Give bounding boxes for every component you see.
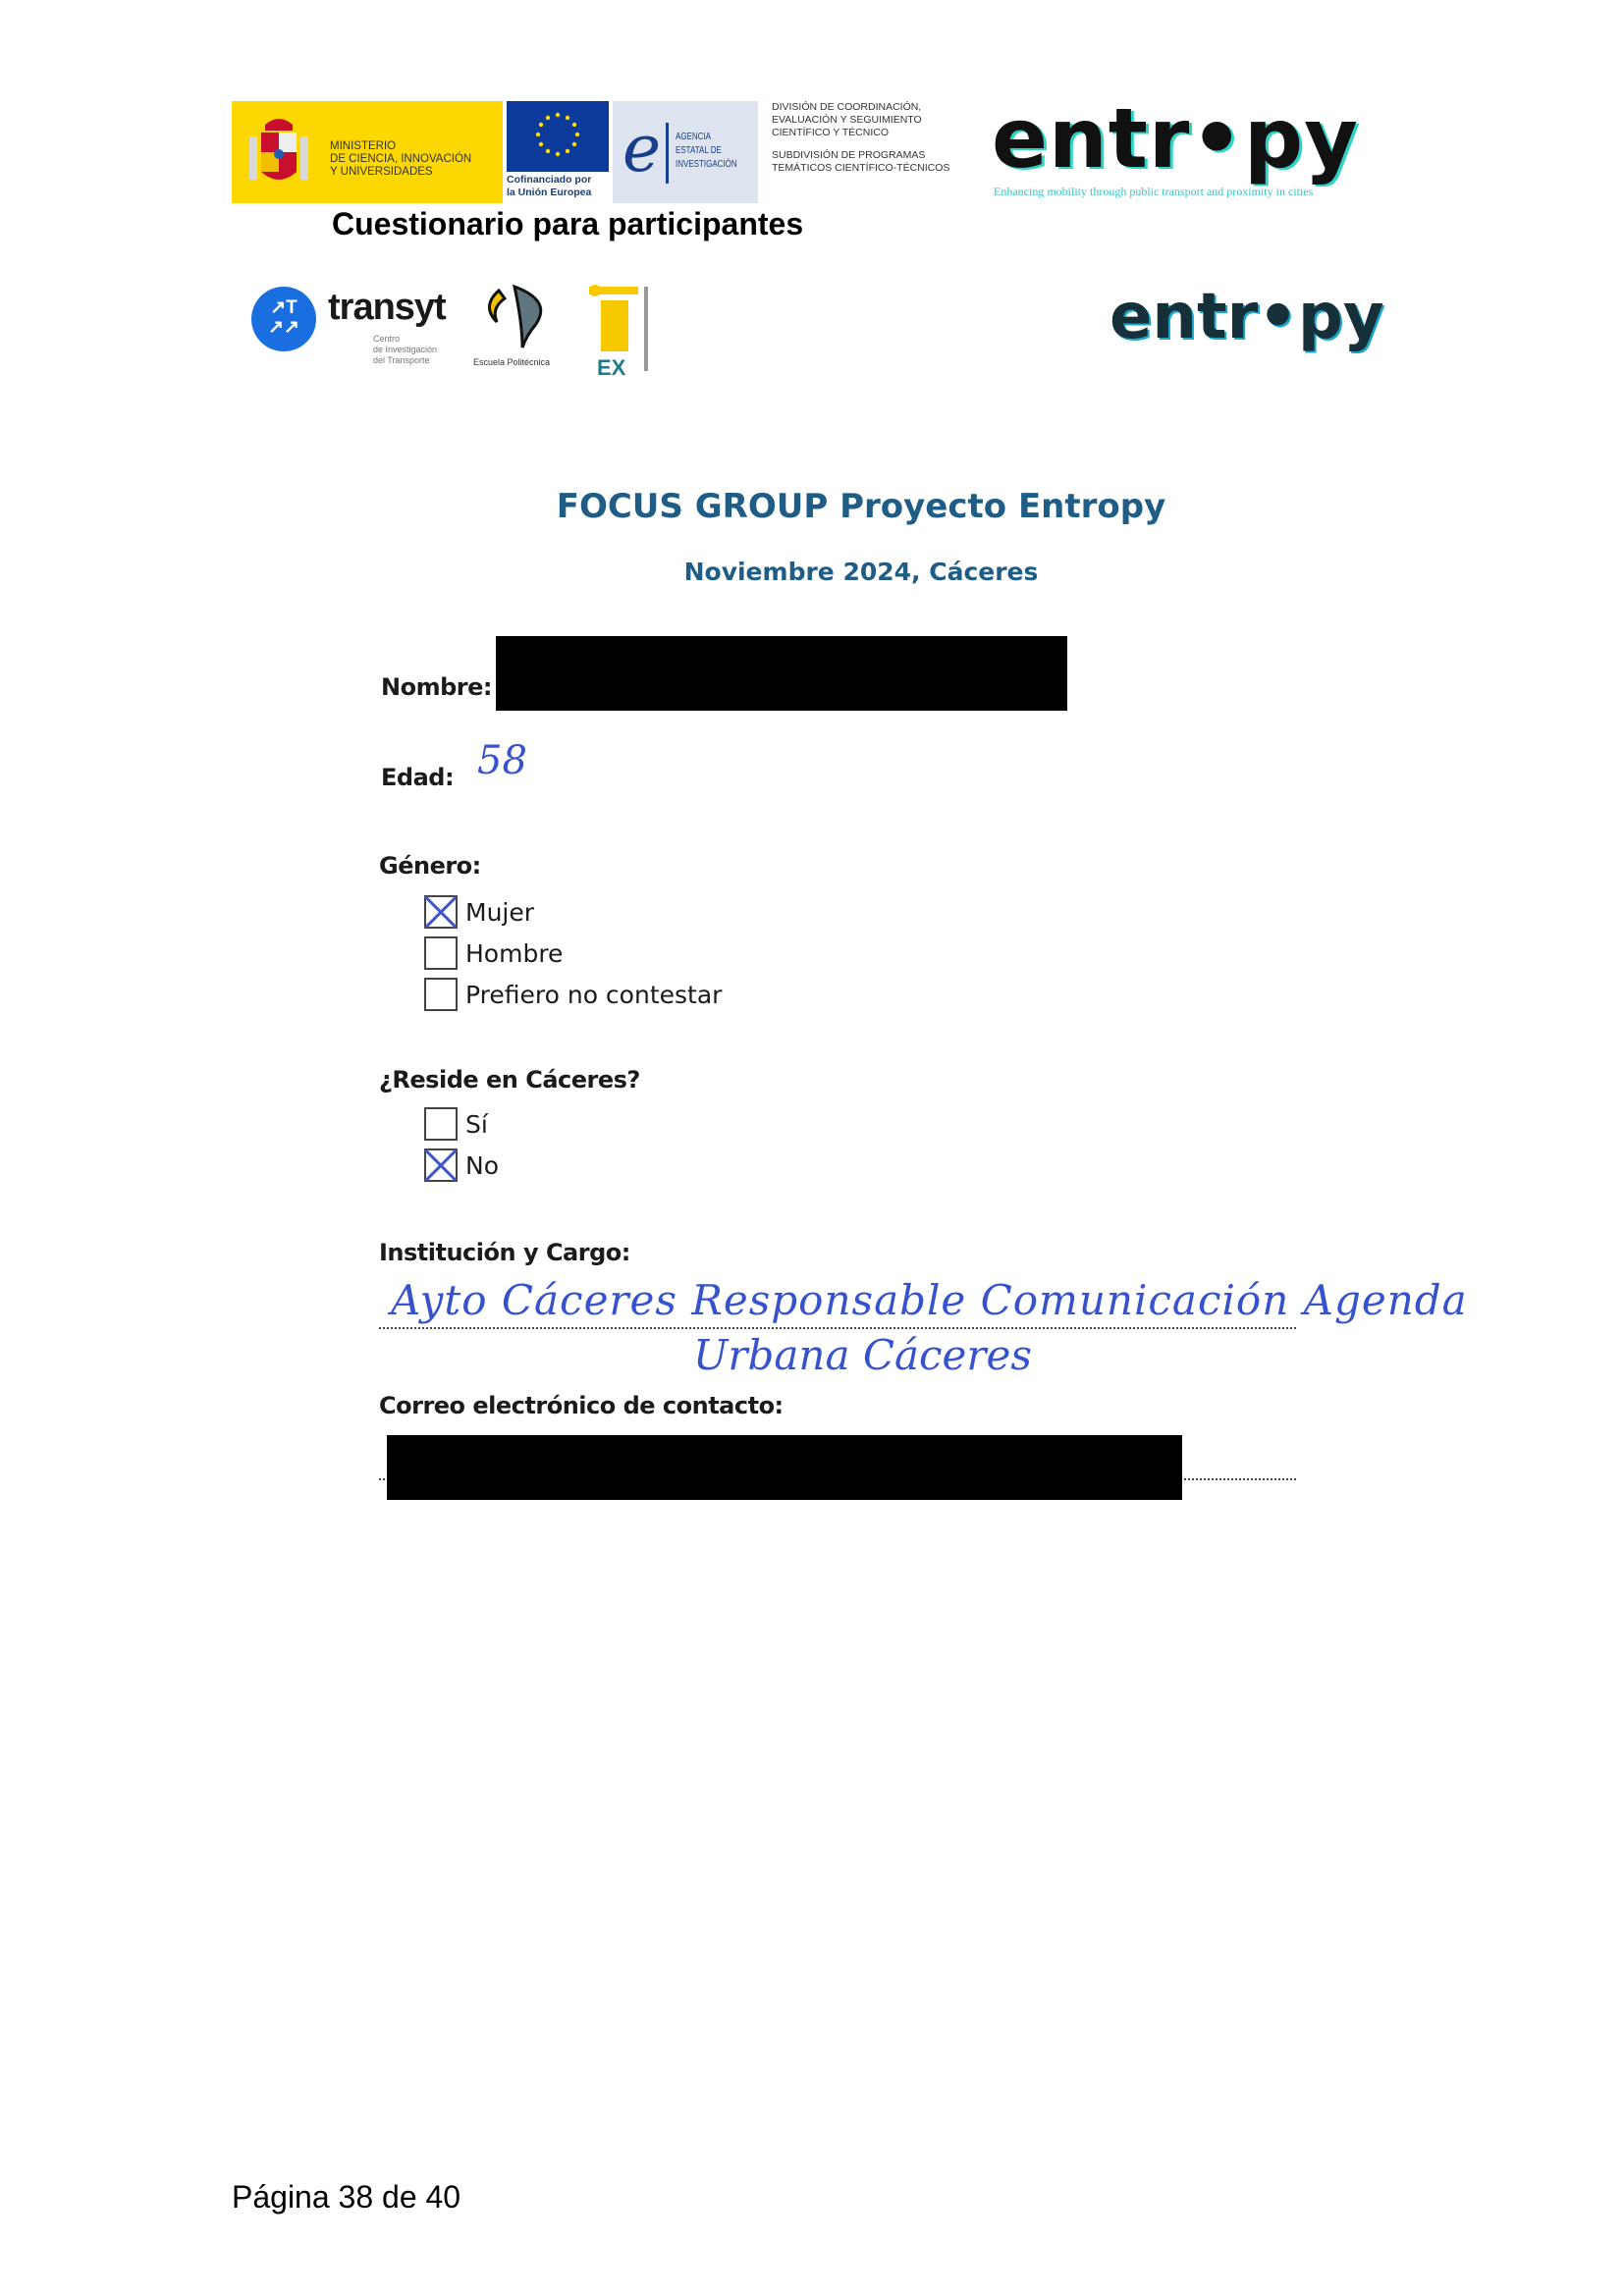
division-line: DIVISIÓN DE COORDINACIÓN,	[772, 101, 978, 114]
resides-option-si[interactable]: Sí	[424, 1103, 499, 1145]
aei-logo: e AGENCIA ESTATAL DE INVESTIGACIÓN	[613, 101, 758, 203]
email-field-redacted	[387, 1435, 1182, 1500]
entropy-wordmark: entr•py	[992, 90, 1359, 187]
eu-cofinanced-logo: Cofinanciado por la Unión Europea	[507, 101, 609, 203]
resides-label: ¿Reside en Cáceres?	[379, 1066, 640, 1094]
checkbox-checked[interactable]	[424, 895, 458, 929]
institution-value-line2[interactable]: Urbana Cáceres	[693, 1331, 1032, 1379]
division-line: EVALUACIÓN Y SEGUIMIENTO	[772, 114, 978, 127]
division-line: TEMÁTICOS CIENTÍFICO-TÉCNICOS	[772, 162, 978, 175]
division-text: DIVISIÓN DE COORDINACIÓN, EVALUACIÓN Y S…	[772, 101, 978, 175]
checkbox[interactable]	[424, 1107, 458, 1141]
document-heading: Cuestionario para participantes	[332, 206, 803, 242]
resides-option-no[interactable]: No	[424, 1145, 499, 1186]
aei-line: ESTATAL DE	[676, 144, 737, 158]
politecnica-label: Escuela Politécnica	[473, 357, 550, 367]
coat-of-arms-icon	[247, 115, 310, 189]
aei-line: AGENCIA	[676, 131, 737, 144]
gender-option-mujer[interactable]: Mujer	[424, 891, 722, 933]
politecnica-emblem-icon	[479, 285, 558, 353]
email-label: Correo electrónico de contacto:	[379, 1392, 784, 1419]
gender-options: Mujer Hombre Prefiero no contestar	[424, 891, 722, 1015]
entropy-wordmark: entr•py	[1110, 281, 1384, 353]
option-label: Hombre	[465, 939, 563, 968]
aei-e-icon: e	[623, 115, 661, 184]
escuela-politecnica-logo: Escuela Politécnica	[473, 285, 571, 373]
institution-label: Institución y Cargo:	[379, 1239, 630, 1266]
gender-option-hombre[interactable]: Hombre	[424, 933, 722, 974]
transyt-sub-line: del Transporte	[373, 355, 437, 366]
transyt-name: transyt	[328, 287, 446, 329]
transyt-logo: ↗T↗↗ transyt Centro de Investigación del…	[251, 285, 458, 373]
eu-flag-icon	[507, 101, 609, 172]
name-label: Nombre:	[381, 673, 492, 701]
gender-label: Género:	[379, 852, 481, 880]
eu-caption-line: Cofinanciado por	[507, 174, 591, 187]
transyt-sub-line: de Investigación	[373, 345, 437, 355]
ministry-line: DE CIENCIA, INNOVACIÓN	[330, 153, 471, 166]
form-title: FOCUS GROUP Proyecto Entropy	[0, 487, 1624, 526]
eu-caption-line: la Unión Europea	[507, 187, 591, 199]
option-label: No	[465, 1151, 499, 1180]
transyt-arrows-icon: ↗T↗↗	[251, 287, 316, 351]
uex-logo: EX	[587, 281, 656, 379]
age-value[interactable]: 58	[477, 738, 527, 783]
gender-option-no-answer[interactable]: Prefiero no contestar	[424, 974, 722, 1015]
resides-options: Sí No	[424, 1103, 499, 1186]
name-field-redacted	[496, 636, 1067, 711]
transyt-sub-line: Centro	[373, 334, 437, 345]
checkbox[interactable]	[424, 936, 458, 970]
option-label: Mujer	[465, 898, 534, 927]
division-line: SUBDIVISIÓN DE PROGRAMAS	[772, 149, 978, 162]
institution-dotted-line	[379, 1327, 1296, 1329]
option-label: Sí	[465, 1110, 488, 1139]
checkbox[interactable]	[424, 978, 458, 1011]
form-subtitle: Noviembre 2024, Cáceres	[0, 558, 1624, 586]
age-label: Edad:	[381, 764, 454, 791]
institution-value-line1[interactable]: Ayto Cáceres Responsable Comunicación Ag…	[391, 1276, 1468, 1324]
division-line: CIENTÍFICO Y TÉCNICO	[772, 127, 978, 139]
uex-column-icon: EX	[587, 281, 656, 379]
aei-divider	[666, 123, 669, 184]
entropy-logo: entr•py Enhancing mobility through publi…	[992, 98, 1365, 206]
page-number: Página 38 de 40	[232, 2179, 460, 2216]
svg-text:EX: EX	[597, 355, 626, 379]
option-label: Prefiero no contestar	[465, 981, 722, 1009]
ministry-logo: MINISTERIO DE CIENCIA, INNOVACIÓN Y UNIV…	[232, 101, 503, 203]
ministry-line: Y UNIVERSIDADES	[330, 166, 471, 179]
entropy-tagline: Enhancing mobility through public transp…	[994, 185, 1313, 199]
checkbox-checked[interactable]	[424, 1148, 458, 1182]
entropy-logo-secondary: entr•py	[1110, 285, 1424, 363]
ministry-line: MINISTERIO	[330, 140, 471, 153]
aei-line: INVESTIGACIÓN	[676, 158, 737, 172]
